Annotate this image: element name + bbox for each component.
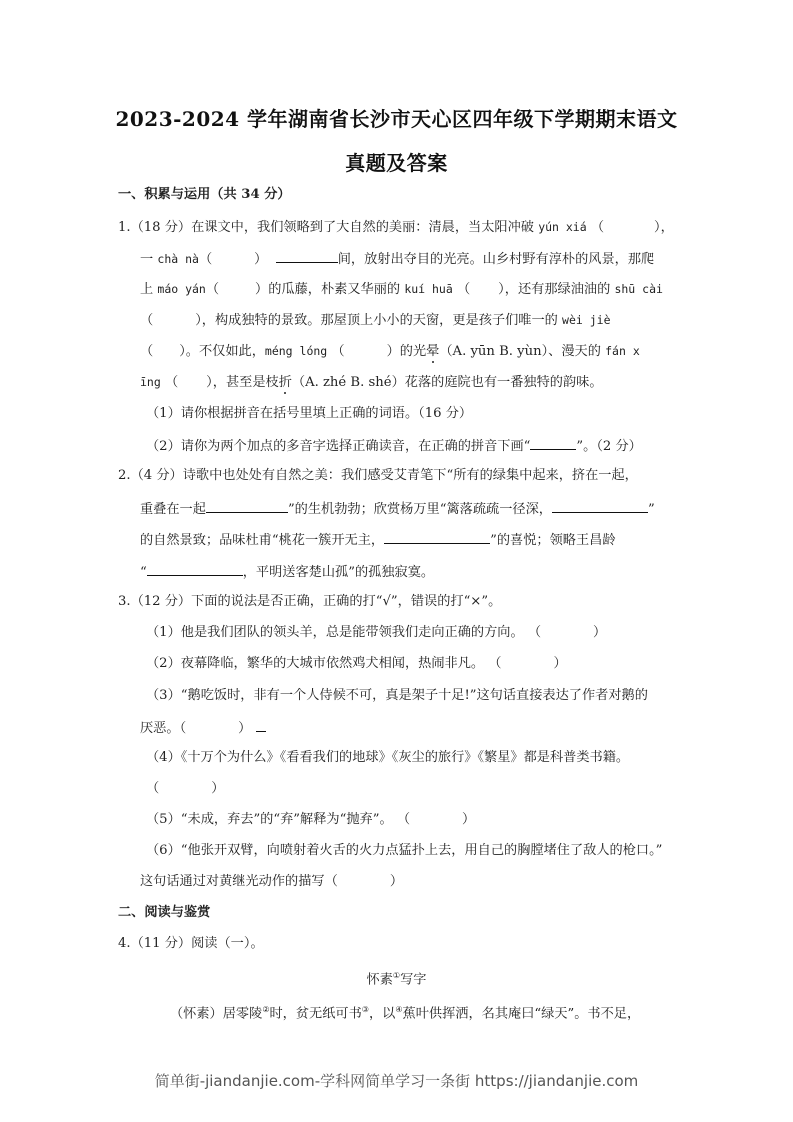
- text: （怀素）居零陵: [170, 1006, 262, 1021]
- text: ），还有那绿油油的: [498, 282, 614, 297]
- q3-item6-cont: 这句话通过对黄继光动作的描写（）: [140, 872, 403, 892]
- q1-line5: （）。不仅如此，méng lóng （）的光晕（A. yūn B. yùn）、漫…: [140, 341, 640, 362]
- footnote-marker: ③: [362, 1005, 369, 1014]
- q3-stem: 3.（12 分）下面的说法是否正确，正确的打“√”，错误的打“×”。: [118, 592, 501, 612]
- pinyin: chà nà: [157, 252, 199, 266]
- text: ）: [593, 625, 606, 640]
- pinyin: īng: [140, 375, 161, 389]
- q3-item5: （5）“未成，弃去”的“弃”解释为“抛弃”。 （）: [146, 810, 475, 830]
- text: （: [199, 252, 212, 267]
- answer-underline[interactable]: [147, 561, 243, 576]
- text: ，以: [369, 1006, 395, 1021]
- q2-line1: 2.（4 分）诗歌中也处处有自然之美：我们感受艾青笔下“所有的绿集中起来，挤在一…: [118, 466, 638, 486]
- pinyin: yún xiá: [538, 220, 586, 234]
- text: （: [140, 313, 153, 328]
- q1-line6: īng （），甚至是枝折（A. zhé B. shé）花落的庭院也有一番独特的韵…: [140, 372, 603, 393]
- text: （: [327, 344, 344, 359]
- pinyin: wèi jiè: [562, 313, 610, 327]
- pinyin: méng lóng: [265, 344, 327, 358]
- text: 一: [140, 252, 157, 267]
- q2-line2: 重叠在一起”的生机勃勃；欣赏杨万里“篱落疏疏一径深，”: [140, 498, 655, 520]
- q3-item4: （4）《十万个为什么》《看看我们的地球》《灰尘的旅行》《繁星》都是科普类书籍。: [146, 748, 629, 768]
- text: （2）夜幕降临，繁华的大城市依然鸡犬相闻，热闹非凡。 （: [146, 656, 501, 671]
- text: （A. yūn B. yùn）、漫天的: [439, 344, 605, 359]
- q3-item4-cont: （）: [146, 779, 224, 799]
- underline-sample: [530, 435, 576, 450]
- q2-line3: 的自然景致；品味杜甫“桃花一簇开无主，”的喜悦；领略王昌龄: [140, 529, 616, 551]
- text: ）: [254, 252, 267, 267]
- q1-line3: 上 máo yán（）的瓜藤，朴素又华丽的 kuí huā （），还有那绿油油的…: [140, 279, 663, 300]
- q1-line4: （），构成独特的景致。那屋顶上小小的天窗，更是孩子们唯一的 wèi jiè: [140, 310, 611, 331]
- text: （: [146, 781, 159, 796]
- pinyin: shū cài: [614, 282, 662, 296]
- text: 这句话通过对黄继光动作的描写（: [140, 874, 338, 889]
- text: 写字: [400, 972, 426, 987]
- q1-sub1: （1）请你根据拼音在括号里填上正确的词语。（16 分）: [146, 404, 472, 424]
- text: （5）“未成，弃去”的“弃”解释为“抛弃”。 （: [146, 812, 410, 827]
- text: （1）他是我们团队的领头羊，总是能带领我们走向正确的方向。 （: [146, 625, 541, 640]
- q1-line1: 1.（18 分）在课文中，我们领略到了大自然的美丽：清晨，当太阳冲破 yún x…: [118, 217, 674, 238]
- text: （: [161, 375, 178, 390]
- text: ）: [390, 874, 403, 889]
- text: 间，放射出夺目的光亮。山乡村野有淳朴的风景，那爬: [338, 252, 655, 267]
- answer-underline[interactable]: [384, 529, 490, 544]
- text: （: [587, 220, 604, 235]
- text: ），: [654, 220, 674, 235]
- passage-paragraph: （怀素）居零陵②时，贫无纸可书③，以④蕉叶供挥洒，名其庵曰“绿天”。书不足，: [170, 1000, 640, 1024]
- pinyin: fán x: [605, 344, 640, 358]
- text: ”: [648, 502, 655, 517]
- q1-line2: 一 chà nà（） 间，放射出夺目的光亮。山乡村野有淳朴的风景，那爬: [140, 248, 654, 270]
- text: ）: [211, 781, 224, 796]
- pinyin: kuí huā: [404, 282, 452, 296]
- text: ，平明送客楚山孤”的孤独寂寞。: [243, 565, 434, 580]
- text: ）: [238, 721, 251, 736]
- text: 怀素: [367, 972, 393, 987]
- text: ”的生机勃勃；欣赏杨万里“篱落疏疏一径深，: [288, 502, 552, 517]
- q2-line4: “，平明送客楚山孤”的孤独寂寞。: [140, 561, 434, 583]
- q3-item3-cont: 厌恶。（）: [140, 717, 266, 739]
- document-title-line1: 2023-2024 学年湖南省长沙市天心区四年级下学期期末语文: [0, 103, 793, 132]
- text: “: [140, 565, 147, 580]
- dotted-character: 晕: [426, 344, 439, 359]
- text: （2）请你为两个加点的多音字选择正确读音，在正确的拼音下画“: [146, 439, 530, 454]
- text: （: [453, 282, 470, 297]
- pinyin: máo yán: [157, 282, 205, 296]
- section-heading-1: 一、积累与运用（共 34 分）: [118, 185, 291, 205]
- footnote-marker: ④: [395, 1005, 402, 1014]
- q3-item1: （1）他是我们团队的领头羊，总是能带领我们走向正确的方向。 （）: [146, 623, 606, 643]
- text: ”的喜悦；领略王昌龄: [490, 533, 615, 548]
- watermark-footer: 简单街-jiandanjie.com-学科网简单学习一条街 https://ji…: [0, 1070, 793, 1091]
- answer-underline[interactable]: [552, 498, 648, 513]
- text: ），构成独特的景致。那屋顶上小小的天窗，更是孩子们唯一的: [195, 313, 562, 328]
- text: ）。不仅如此，: [179, 344, 265, 359]
- section-heading-2: 二、阅读与鉴赏: [118, 903, 210, 923]
- q1-sub2: （2）请你为两个加点的多音字选择正确读音，在正确的拼音下画“”。（2 分）: [146, 435, 642, 457]
- text: ）的光: [387, 344, 427, 359]
- q3-item2: （2）夜幕降临，繁华的大城市依然鸡犬相闻，热闹非凡。 （）: [146, 654, 567, 674]
- dotted-character: 折: [279, 375, 292, 390]
- text: 厌恶。（: [140, 721, 186, 736]
- text: ）的瓜藤，朴素又华丽的: [255, 282, 404, 297]
- text: 的自然景致；品味杜甫“桃花一簇开无主，: [140, 533, 384, 548]
- footnote-marker: ①: [393, 971, 400, 980]
- answer-underline[interactable]: [206, 498, 288, 513]
- passage-title: 怀素①写字: [0, 966, 793, 990]
- answer-underline: [256, 717, 266, 732]
- answer-underline[interactable]: [276, 248, 338, 263]
- text: ）: [553, 656, 566, 671]
- text: ）: [462, 812, 475, 827]
- text: ），甚至是枝: [206, 375, 279, 390]
- text: （: [140, 344, 153, 359]
- q4-stem: 4.（11 分）阅读（一）。: [118, 934, 264, 954]
- text: 时，贫无纸可书: [269, 1006, 361, 1021]
- text: 蕉叶供挥洒，名其庵曰“绿天”。书不足，: [403, 1006, 641, 1021]
- text: （: [206, 282, 219, 297]
- text: 1.（18 分）在课文中，我们领略到了大自然的美丽：清晨，当太阳冲破: [118, 220, 538, 235]
- q3-item3: （3）“鹅吃饭时，非有一个人侍候不可，真是架子十足!”这句话直接表达了作者对鹅的: [146, 686, 648, 706]
- document-title-line2: 真题及答案: [0, 147, 793, 176]
- text: 上: [140, 282, 157, 297]
- text: ”。（2 分）: [576, 439, 641, 454]
- text: （A. zhé B. shé）花落的庭院也有一番独特的韵味。: [292, 375, 603, 390]
- q3-item6: （6）“他张开双臂，向喷射着火舌的火力点猛扑上去，用自己的胸膛堵住了敌人的枪口。…: [146, 841, 662, 861]
- text: 重叠在一起: [140, 502, 206, 517]
